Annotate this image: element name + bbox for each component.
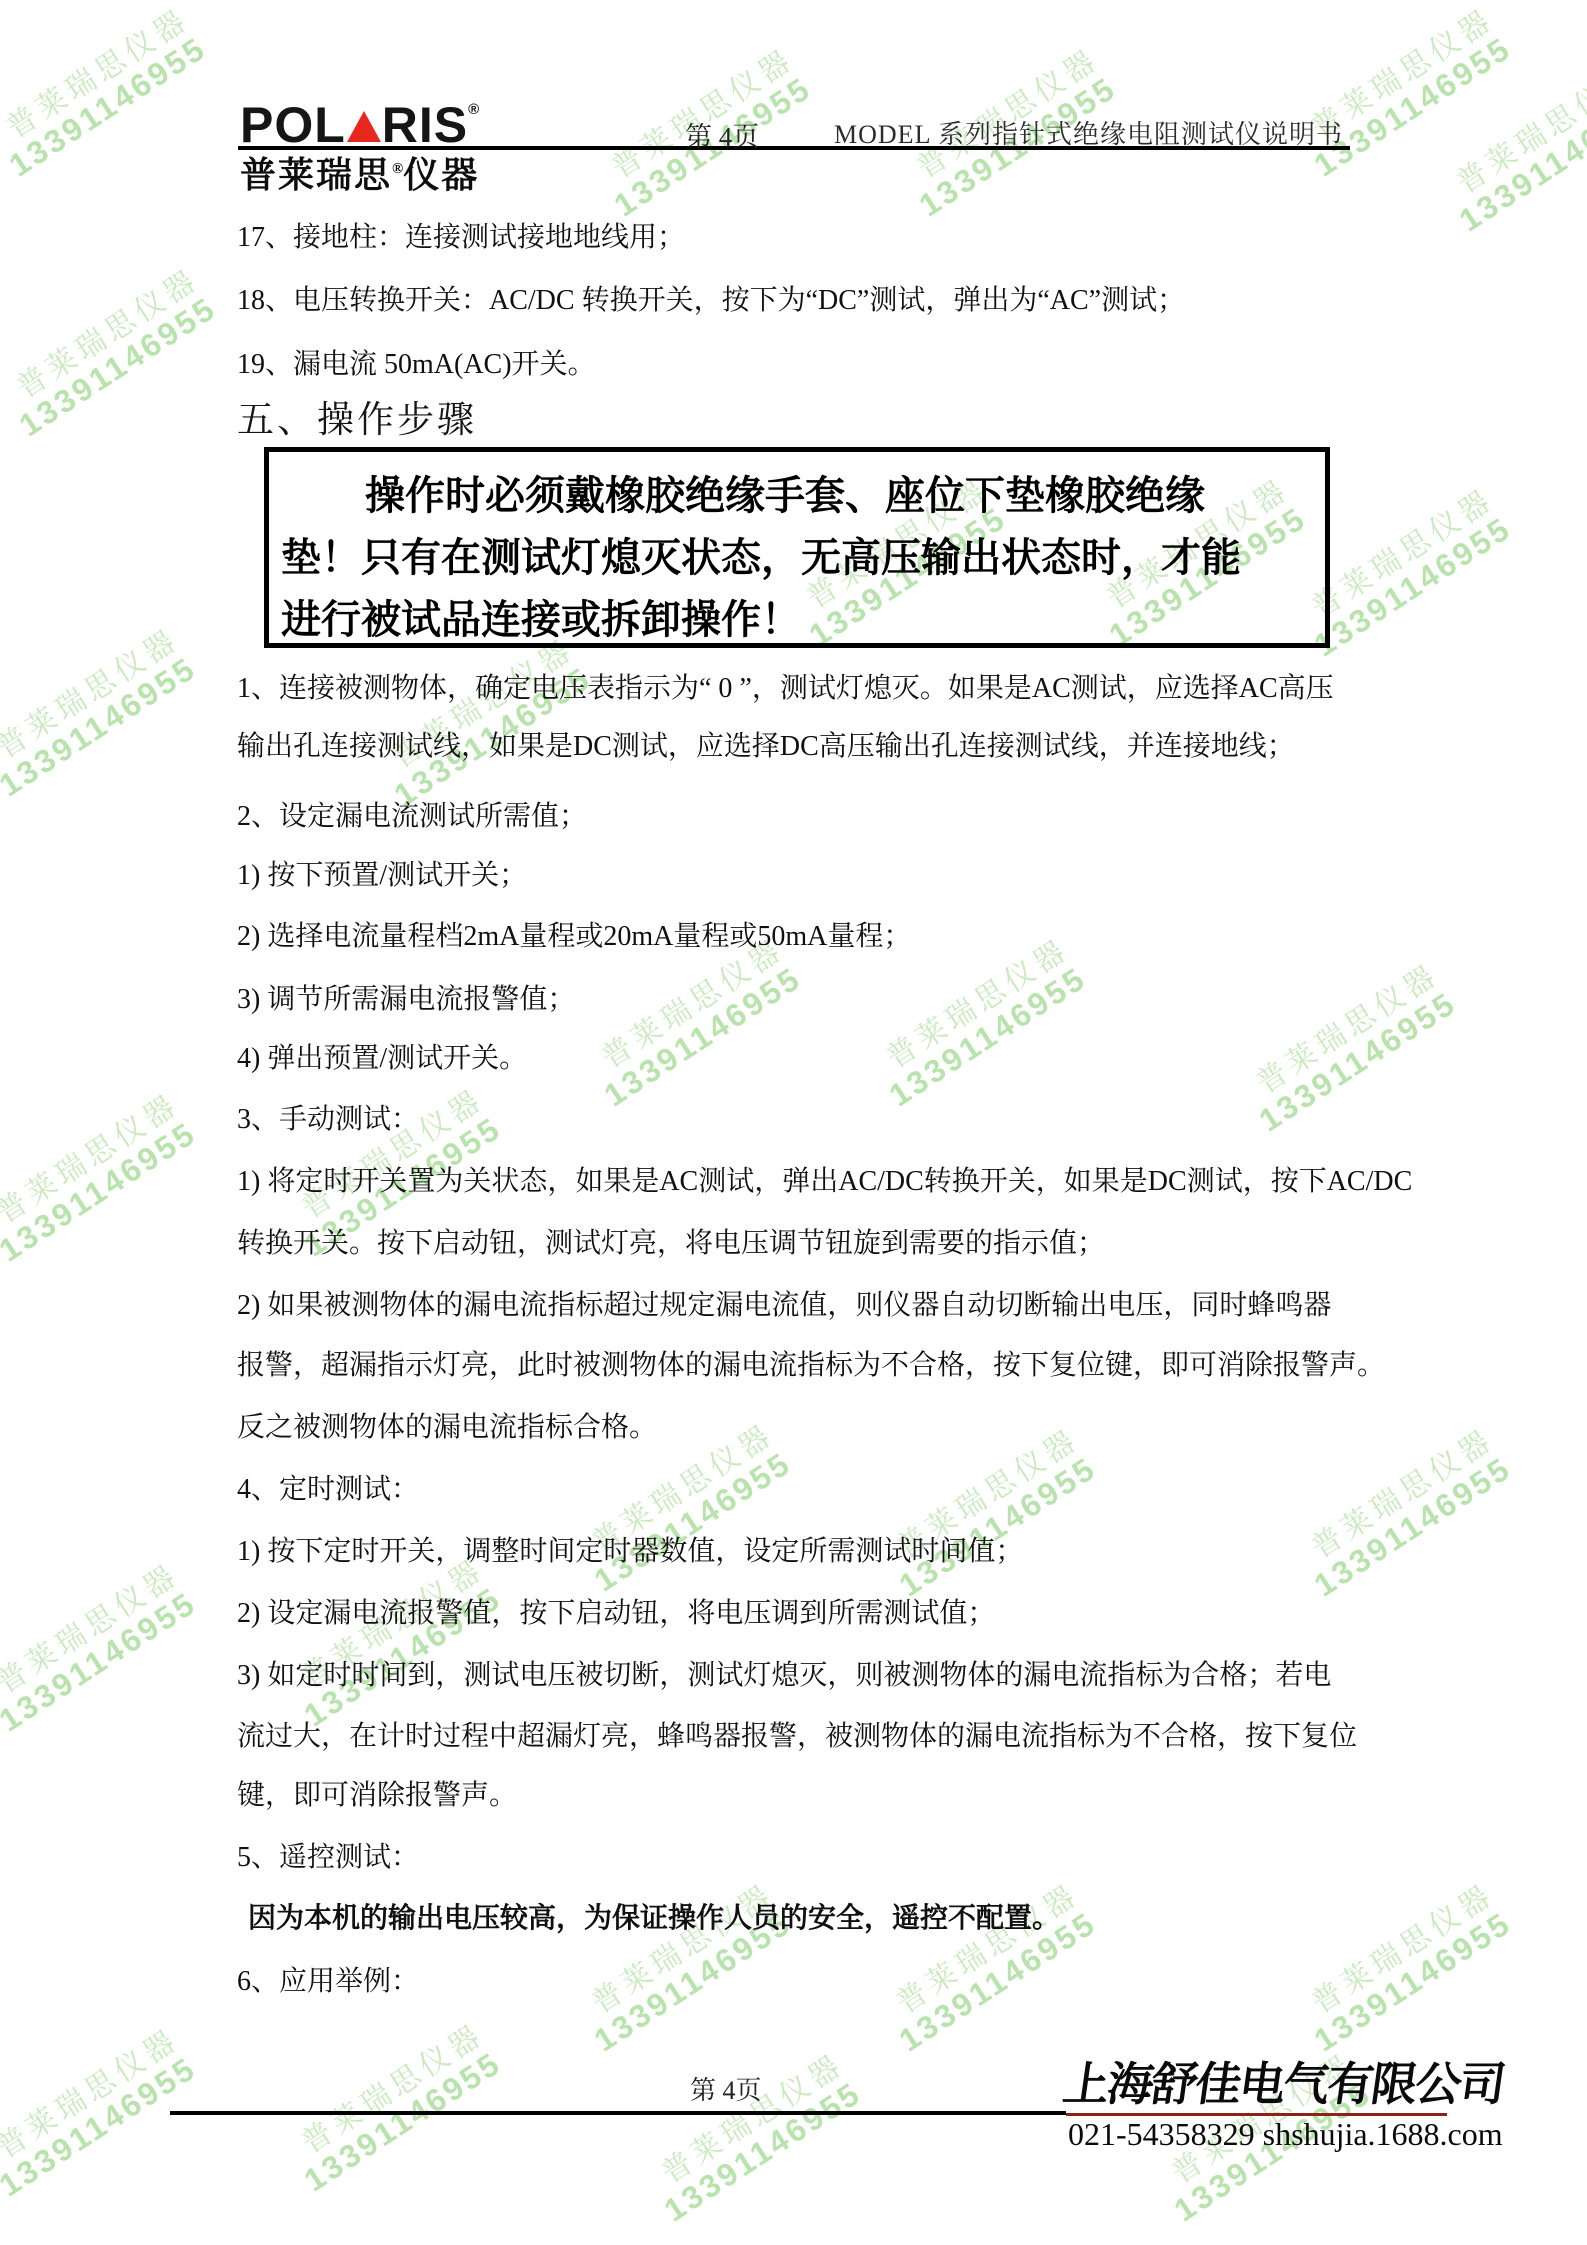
body-line: 19、漏电流 50mA(AC)开关。 <box>237 349 596 381</box>
body-line: 2) 选择电流量程档2mA量程或20mA量程或50mA量程； <box>237 921 911 953</box>
company-contact: 021-54358329 shshujia.1688.com <box>1068 2116 1503 2153</box>
page-content: POLRIS® 普莱瑞思®仪器 第 4页 MODEL 系列指针式绝缘电阻测试仪说… <box>0 0 1587 2245</box>
footer-page-number: 第 4页 <box>690 2070 762 2107</box>
registered-mark-icon: ® <box>468 101 479 118</box>
body-line: 转换开关。按下启动钮，测试灯亮，将电压调节钮旋到需要的指示值； <box>237 1228 1105 1260</box>
body-line: 17、接地柱：连接测试接地地线用； <box>237 222 685 254</box>
body-line: 18、电压转换开关：AC/DC 转换开关，按下为“DC”测试，弹出为“AC”测试… <box>237 285 1185 317</box>
footer-rule <box>170 2111 1066 2115</box>
body-line: 1) 按下定时开关，调整时间定时器数值，设定所需测试时间值； <box>237 1536 1023 1568</box>
body-line: 1、连接被测物体，确定电压表指示为“ 0 ”，测试灯熄灭。如果是AC测试，应选择… <box>237 673 1334 705</box>
body-line: 2) 如果被测物体的漏电流指标超过规定漏电流值，则仪器自动切断输出电压，同时蜂鸣… <box>237 1290 1331 1322</box>
body-line: 2、设定漏电流测试所需值； <box>237 801 587 833</box>
body-line: 流过大，在计时过程中超漏灯亮，蜂鸣器报警，被测物体的漏电流指标为不合格，按下复位 <box>237 1721 1357 1753</box>
body-line: 3、手动测试： <box>237 1104 419 1136</box>
section-heading: 五、操作步骤 <box>237 400 477 442</box>
manual-page: 普莱瑞思仪器13391146955普莱瑞思仪器13391146955普莱瑞思仪器… <box>0 0 1587 2245</box>
logo-triangle-icon <box>347 111 381 142</box>
safety-warning-box: 操作时必须戴橡胶绝缘手套、座位下垫橡胶绝缘 垫！只有在测试灯熄灭状态，无高压输出… <box>264 447 1330 648</box>
body-line: 3) 如定时时间到，测试电压被切断，测试灯熄灭，则被测物体的漏电流指标为合格；若… <box>237 1660 1331 1692</box>
body-line: 因为本机的输出电压较高，为保证操作人员的安全，遥控不配置。 <box>248 1903 1060 1935</box>
body-line: 3) 调节所需漏电流报警值； <box>237 984 575 1016</box>
document-title: MODEL 系列指针式绝缘电阻测试仪说明书 <box>834 114 1343 151</box>
logo-subtitle: 普莱瑞思®仪器 <box>240 147 479 198</box>
logo-text-left: POL <box>240 97 346 153</box>
body-line: 1) 按下预置/测试开关； <box>237 860 527 892</box>
registered-mark-icon: ® <box>392 161 403 177</box>
header-page-number: 第 4页 <box>685 115 759 154</box>
company-name-calligraphy: 上海舒佳电气有限公司 <box>1059 2048 1458 2114</box>
body-line: 4、定时测试： <box>237 1474 419 1506</box>
body-line: 1) 将定时开关置为关状态，如果是AC测试，弹出AC/DC转换开关，如果是DC测… <box>237 1166 1412 1198</box>
body-line: 5、遥控测试： <box>237 1842 419 1874</box>
body-line: 键，即可消除报警声。 <box>237 1780 517 1812</box>
warning-line: 进行被试品连接或拆卸操作！ <box>281 589 1313 651</box>
warning-line: 操作时必须戴橡胶绝缘手套、座位下垫橡胶绝缘 <box>281 465 1313 527</box>
body-line: 2) 设定漏电流报警值，按下启动钮，将电压调到所需测试值； <box>237 1598 995 1630</box>
body-line: 报警，超漏指示灯亮，此时被测物体的漏电流指标为不合格，按下复位键，即可消除报警声… <box>237 1350 1385 1382</box>
body-line: 4) 弹出预置/测试开关。 <box>237 1043 527 1075</box>
body-line: 反之被测物体的漏电流指标合格。 <box>237 1412 657 1444</box>
logo-subtitle-text: 普莱瑞思 <box>240 155 392 195</box>
body-line: 6、应用举例： <box>237 1966 419 1998</box>
logo-text-right: RIS <box>382 97 468 153</box>
logo-subtitle-text2: 仪器 <box>403 155 479 195</box>
warning-line: 垫！只有在测试灯熄灭状态，无高压输出状态时，才能 <box>281 527 1313 589</box>
body-line: 输出孔连接测试线，如果是DC测试，应选择DC高压输出孔连接测试线，并连接地线； <box>237 731 1295 763</box>
